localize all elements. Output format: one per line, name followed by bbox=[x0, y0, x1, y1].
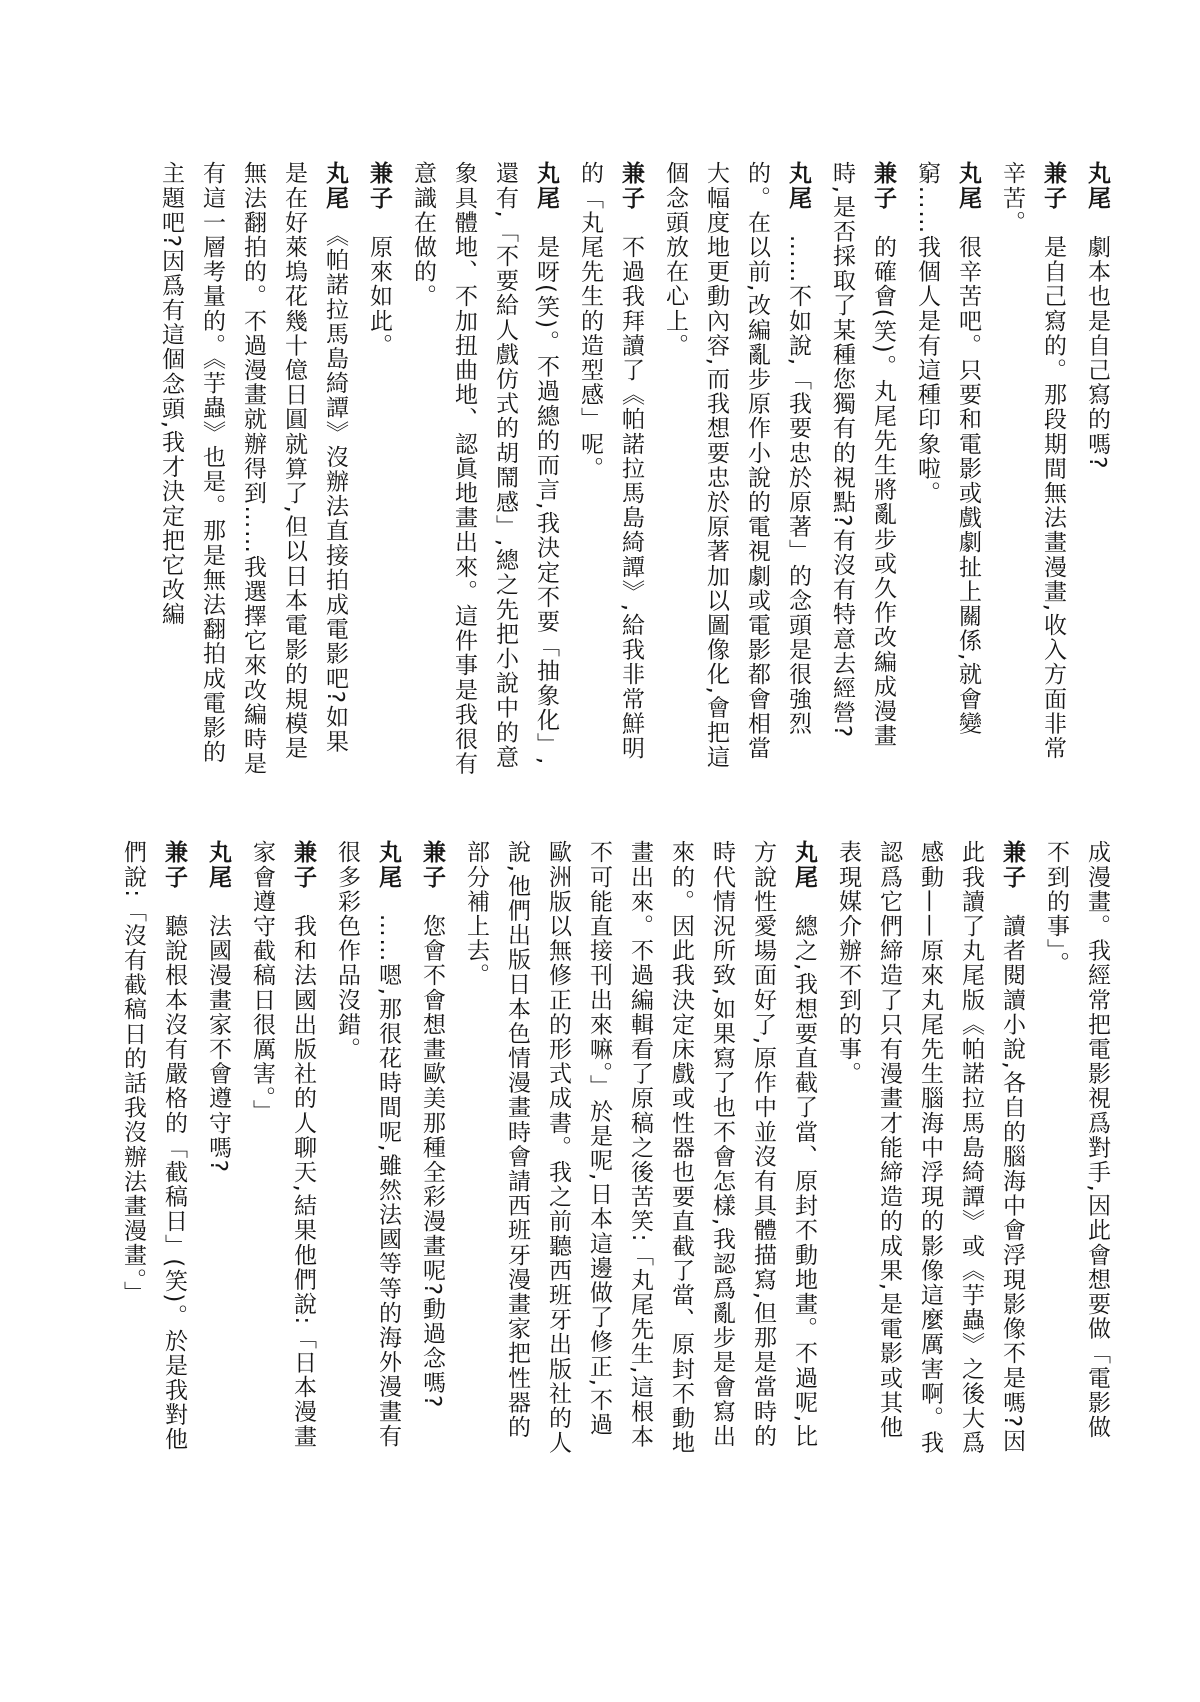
utterance-text: 是自己寫的。那段期間無法畫漫畫,收入方面非常辛苦。 bbox=[999, 161, 1066, 760]
dialogue-band-bottom: 成漫畫。我經常把電影視爲對手,因此會想要做「電影做不到的事」。 兼子 讀者閱讀小… bbox=[112, 840, 1117, 1459]
utterance: 成漫畫。我經常把電影視爲對手,因此會想要做「電影做不到的事」。 bbox=[1035, 840, 1117, 1459]
utterance-text: 《帕諾拉馬島綺譚》沒辦法直接拍成電影吧?如果是在好萊塢花幾十億日圓就算了,但以日… bbox=[158, 161, 348, 776]
utterance-text: 的確會(笑)。丸尾先生將亂步或久作改編成漫畫時,是否採取了某種您獨有的視點?有沒… bbox=[829, 161, 896, 748]
speaker-label: 兼子 bbox=[1040, 161, 1066, 210]
speaker-label: 丸尾 bbox=[322, 161, 348, 210]
utterance: 丸尾 總之,我想要直截了當、原封不動地畫。不過呢,比方說性愛場面好了,原作中並沒… bbox=[455, 840, 824, 1459]
speaker-label: 兼子 bbox=[161, 840, 187, 889]
utterance-text: ……不如說,「我要忠於原著」的念頭是很強烈的。在以前,改編亂步原作小說的電視劇或… bbox=[662, 161, 811, 769]
utterance: 兼子 讀者閱讀小說,各自的腦海中會浮現影像不是嗎?因此我讀了丸尾版《帕諾拉馬島綺… bbox=[827, 840, 1032, 1459]
utterance-text: 不過我拜讀了《帕諾拉馬島綺譚》,給我非常鮮明的「丸尾先生的造型感」呢。 bbox=[577, 161, 644, 760]
utterance: 丸尾 ……嗯,那很花時間呢,雖然法國等等的海外漫畫有很多彩色作品沒錯。 bbox=[326, 840, 408, 1459]
utterance: 兼子 的確會(笑)。丸尾先生將亂步或久作改編成漫畫時,是否採取了某種您獨有的視點… bbox=[821, 161, 903, 778]
speaker-label: 丸尾 bbox=[205, 840, 231, 889]
speaker-label: 丸尾 bbox=[785, 161, 811, 210]
utterance: 兼子 不過我拜讀了《帕諾拉馬島綺譚》,給我非常鮮明的「丸尾先生的造型感」呢。 bbox=[569, 161, 651, 778]
utterance: 丸尾 《帕諾拉馬島綺譚》沒辦法直接拍成電影吧?如果是在好萊塢花幾十億日圓就算了,… bbox=[150, 161, 355, 778]
book-page: 丸尾 劇本也是自己寫的嗎? 兼子 是自己寫的。那段期間無法畫漫畫,收入方面非常辛… bbox=[0, 0, 1200, 1702]
utterance: 兼子 是自己寫的。那段期間無法畫漫畫,收入方面非常辛苦。 bbox=[991, 161, 1073, 778]
utterance-text: 成漫畫。我經常把電影視爲對手,因此會想要做「電影做不到的事」。 bbox=[1043, 840, 1110, 1439]
utterance-text: 很辛苦吧。只要和電影或戲劇扯上關係,就會變窮……我個人是有這種印象啦。 bbox=[914, 161, 981, 736]
utterance-text: 總之,我想要直截了當、原封不動地畫。不過呢,比方說性愛場面好了,原作中並沒有具體… bbox=[463, 840, 817, 1455]
speaker-label: 兼子 bbox=[618, 161, 644, 210]
utterance: 兼子 我和法國出版社的人聊天,結果他們說:「日本漫畫家會遵守截稿日很厲害。」 bbox=[241, 840, 323, 1459]
utterance-text: ……嗯,那很花時間呢,雖然法國等等的海外漫畫有很多彩色作品沒錯。 bbox=[334, 840, 401, 1448]
speaker-label: 兼子 bbox=[366, 161, 392, 210]
utterance: 兼子 聽說根本沒有嚴格的「截稿日」(笑)。於是我對他們說:「沒有截稿日的話我沒辦… bbox=[112, 840, 194, 1459]
dialogue-band-top: 丸尾 劇本也是自己寫的嗎? 兼子 是自己寫的。那段期間無法畫漫畫,收入方面非常辛… bbox=[150, 161, 1117, 778]
speaker-label: 丸尾 bbox=[791, 840, 817, 889]
speaker-label: 兼子 bbox=[999, 840, 1025, 889]
utterance-text: 您會不會想畫歐美那種全彩漫畫呢?動過念嗎? bbox=[419, 889, 445, 1409]
utterance-text: 讀者閱讀小說,各自的腦海中會浮現影像不是嗎?因此我讀了丸尾版《帕諾拉馬島綺譚》或… bbox=[835, 840, 1025, 1455]
speaker-label: 兼子 bbox=[419, 840, 445, 889]
utterance: 丸尾 是呀(笑)。不過總的而言,我決定不要「抽象化」,還有,「不要給人戲仿式的胡… bbox=[402, 161, 566, 778]
speaker-label: 丸尾 bbox=[375, 840, 401, 889]
utterance: 兼子 原來如此。 bbox=[358, 161, 399, 778]
speaker-label: 丸尾 bbox=[1084, 161, 1110, 210]
speaker-label: 丸尾 bbox=[955, 161, 981, 210]
utterance-text: 原來如此。 bbox=[366, 210, 392, 358]
utterance-text: 聽說根本沒有嚴格的「截稿日」(笑)。於是我對他們說:「沒有截稿日的話我沒辦法畫漫… bbox=[120, 840, 187, 1452]
utterance: 丸尾 很辛苦吧。只要和電影或戲劇扯上關係,就會變窮……我個人是有這種印象啦。 bbox=[906, 161, 988, 778]
utterance-text: 是呀(笑)。不過總的而言,我決定不要「抽象化」,還有,「不要給人戲仿式的胡鬧感」… bbox=[410, 161, 559, 776]
speaker-label: 兼子 bbox=[290, 840, 316, 889]
utterance: 丸尾 ……不如說,「我要忠於原著」的念頭是很強烈的。在以前,改編亂步原作小說的電… bbox=[654, 161, 818, 778]
utterance: 兼子 您會不會想畫歐美那種全彩漫畫呢?動過念嗎? bbox=[411, 840, 452, 1459]
utterance-text: 法國漫畫家不會遵守嗎? bbox=[205, 889, 231, 1173]
utterance: 丸尾 法國漫畫家不會遵守嗎? bbox=[197, 840, 238, 1459]
utterance-text: 我和法國出版社的人聊天,結果他們說:「日本漫畫家會遵守截稿日很厲害。」 bbox=[249, 840, 316, 1449]
speaker-label: 兼子 bbox=[870, 161, 896, 210]
utterance: 丸尾 劇本也是自己寫的嗎? bbox=[1076, 161, 1117, 778]
speaker-label: 丸尾 bbox=[533, 161, 559, 210]
utterance-text: 劇本也是自己寫的嗎? bbox=[1084, 210, 1110, 470]
